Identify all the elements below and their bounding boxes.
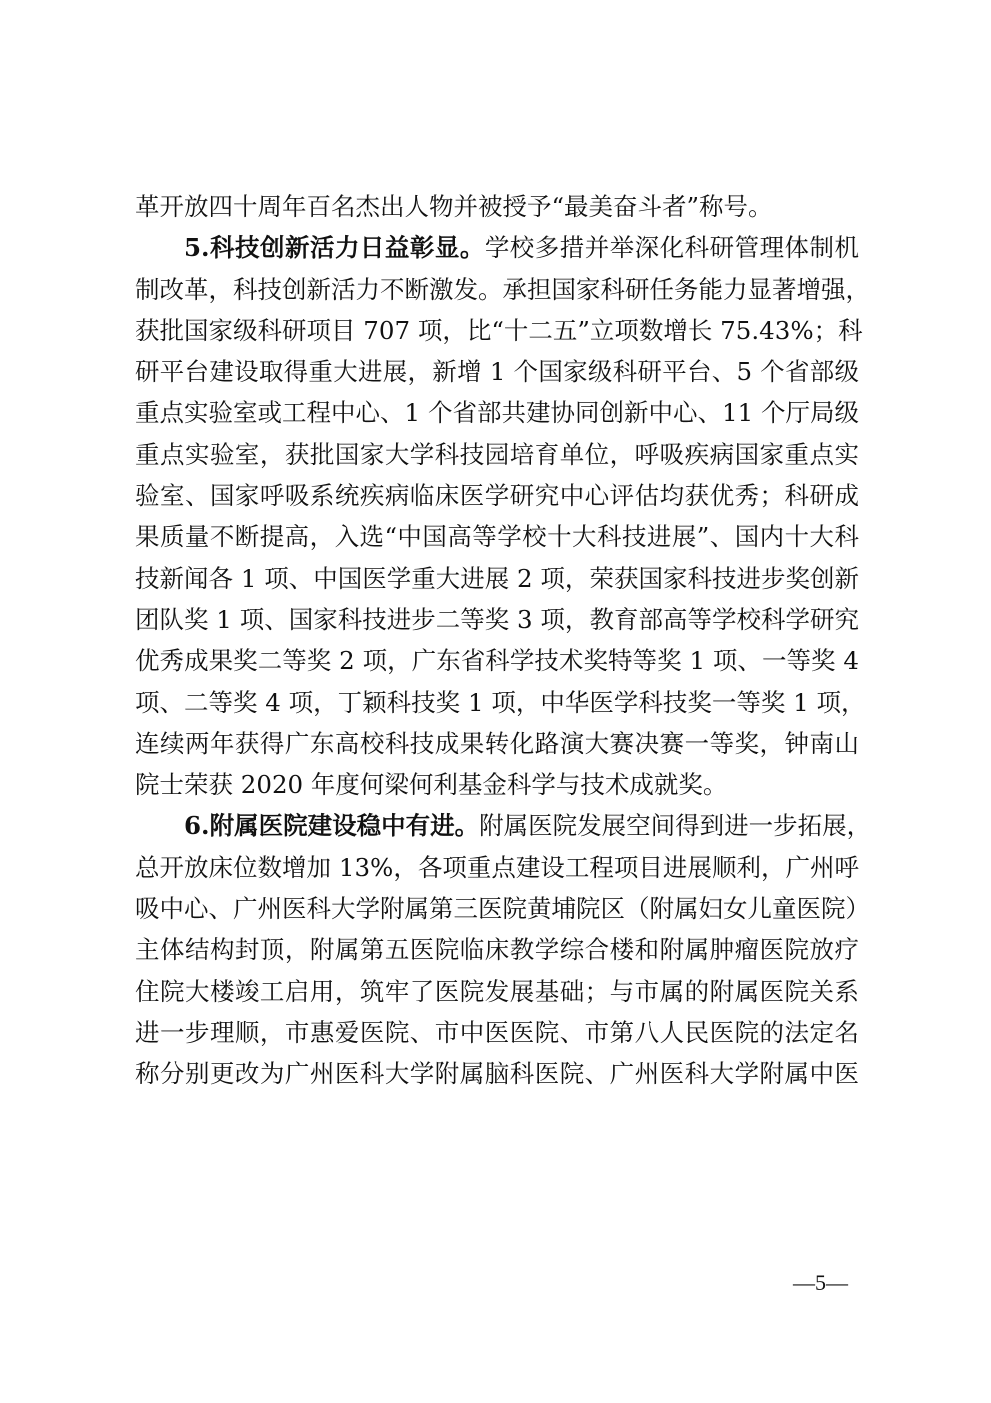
text-line: 重点实验室或工程中心、1 个省部共建协同创新中心、11 个厅局级	[135, 392, 859, 433]
text-line: 验室、国家呼吸系统疾病临床医学研究中心评估均获优秀；科研成	[135, 475, 859, 516]
text-line: 优秀成果奖二等奖 2 项，广东省科学技术奖特等奖 1 项、一等奖 4	[135, 640, 859, 681]
section-heading: 5.科技创新活力日益彰显。	[184, 233, 485, 262]
text-line: 总开放床位数增加 13%，各项重点建设工程项目进展顺利，广州呼	[135, 847, 859, 888]
document-body: 革开放四十周年百名杰出人物并被授予“最美奋斗者”称号。 5.科技创新活力日益彰显…	[135, 186, 859, 1095]
text-line: 果质量不断提高，入选“中国高等学校十大科技进展”、国内十大科	[135, 516, 859, 557]
section-5-first-line: 5.科技创新活力日益彰显。学校多措并举深化科研管理体制机	[135, 227, 859, 268]
text-line: 项、二等奖 4 项，丁颖科技奖 1 项，中华医学科技奖一等奖 1 项，	[135, 682, 859, 723]
section-6-first-line: 6.附属医院建设稳中有进。附属医院发展空间得到进一步拓展，	[135, 805, 859, 846]
text-line: 技新闻各 1 项、中国医学重大进展 2 项，荣获国家科技进步奖创新	[135, 558, 859, 599]
text-line: 学校多措并举深化科研管理体制机	[485, 233, 859, 262]
text-line: 制改革，科技创新活力不断激发。承担国家科研任务能力显著增强，	[135, 269, 859, 310]
text-line: 称分别更改为广州医科大学附属脑科医院、广州医科大学附属中医	[135, 1053, 859, 1094]
section-heading: 6.附属医院建设稳中有进。	[184, 811, 479, 840]
text-line: 住院大楼竣工启用，筑牢了医院发展基础；与市属的附属医院关系	[135, 971, 859, 1012]
text-line: 团队奖 1 项、国家科技进步二等奖 3 项，教育部高等学校科学研究	[135, 599, 859, 640]
text-line: 研平台建设取得重大进展，新增 1 个国家级科研平台、5 个省部级	[135, 351, 859, 392]
text-line: 重点实验室，获批国家大学科技园培育单位，呼吸疾病国家重点实	[135, 434, 859, 475]
text-line: 进一步理顺，市惠爱医院、市中医医院、市第八人民医院的法定名	[135, 1012, 859, 1053]
text-line: 获批国家级科研项目 707 项，比“十二五”立项数增长 75.43%；科	[135, 310, 859, 351]
text-line: 院士荣获 2020 年度何梁何利基金科学与技术成就奖。	[135, 764, 859, 805]
text-line: 附属医院发展空间得到进一步拓展，	[479, 811, 871, 840]
text-line: 革开放四十周年百名杰出人物并被授予“最美奋斗者”称号。	[135, 186, 859, 227]
text-line: 吸中心、广州医科大学附属第三医院黄埔院区（附属妇女儿童医院）	[135, 888, 859, 929]
text-line: 连续两年获得广东高校科技成果转化路演大赛决赛一等奖，钟南山	[135, 723, 859, 764]
text-line: 主体结构封顶，附属第五医院临床教学综合楼和附属肿瘤医院放疗	[135, 929, 859, 970]
page-number: —5—	[793, 1270, 848, 1296]
